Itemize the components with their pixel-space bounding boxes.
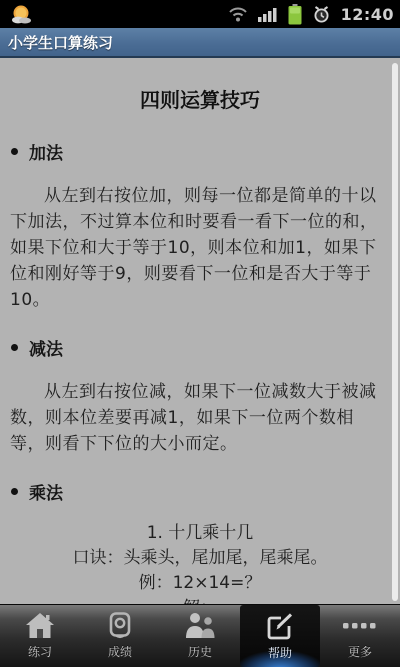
title-bar: 小学生口算练习 (0, 28, 400, 58)
example-subtitle: 1. 十几乘十几 (0, 521, 400, 546)
bottom-nav-bar: 练习 成绩 历史 (0, 604, 400, 667)
help-content[interactable]: 四则运算技巧 加法 从左到右按位加，则每一位都是简单的十以下加法，不过算本位和时… (0, 60, 400, 604)
wifi-icon (228, 7, 248, 22)
bullet-icon (11, 148, 18, 155)
scrollbar[interactable] (392, 63, 398, 601)
battery-icon (288, 4, 302, 25)
section-subtraction-text: 从左到右按位减，如果下一位减数大于被减数，则本位差要再减1，如果下一位两个数相等… (10, 379, 388, 457)
page-title: 小学生口算练习 (8, 32, 113, 53)
status-bar: 12:40 (0, 0, 400, 28)
status-clock: 12:40 (341, 5, 394, 24)
tab-scores[interactable]: 成绩 (80, 605, 160, 667)
example-formula: 口诀：头乘头，尾加尾，尾乘尾。 (0, 546, 400, 571)
more-dots-icon (342, 612, 378, 639)
tab-scores-label: 成绩 (108, 643, 132, 660)
bullet-icon (11, 344, 18, 351)
tab-help[interactable]: 帮助 (240, 605, 320, 667)
section-addition-text: 从左到右按位加，则每一位都是简单的十以下加法，不过算本位和时要看一看下一位的和，… (10, 183, 388, 313)
example-problem: 例：12×14=？ (0, 571, 400, 596)
history-people-icon (183, 612, 217, 639)
scores-badge-icon (106, 612, 134, 639)
section-addition-header: 加法 (11, 139, 400, 164)
tab-help-label: 帮助 (268, 644, 292, 661)
content-heading: 四则运算技巧 (0, 84, 400, 113)
example-solution-label: 解： (0, 596, 400, 604)
tab-history[interactable]: 历史 (160, 605, 240, 667)
bullet-icon (11, 488, 18, 495)
section-multiplication-header: 乘法 (11, 479, 400, 504)
alarm-icon (312, 5, 331, 24)
app-screen: 12:40 小学生口算练习 四则运算技巧 加法 从左到右按位加，则每一位都是简单… (0, 0, 400, 667)
section-subtraction-title: 减法 (29, 335, 63, 360)
multiplication-example: 1. 十几乘十几 口诀：头乘头，尾加尾，尾乘尾。 例：12×14=？ 解： 1×… (0, 521, 400, 604)
tab-more-label: 更多 (348, 643, 372, 660)
tab-practice-label: 练习 (28, 643, 52, 660)
weather-icon (8, 3, 34, 25)
section-subtraction-header: 减法 (11, 335, 400, 360)
tab-history-label: 历史 (188, 643, 212, 660)
tab-more[interactable]: 更多 (320, 605, 400, 667)
section-addition-title: 加法 (29, 139, 63, 164)
tab-practice[interactable]: 练习 (0, 605, 80, 667)
section-multiplication-title: 乘法 (29, 479, 63, 504)
home-icon (24, 612, 56, 639)
help-compose-icon (265, 612, 295, 640)
signal-icon (258, 6, 278, 22)
